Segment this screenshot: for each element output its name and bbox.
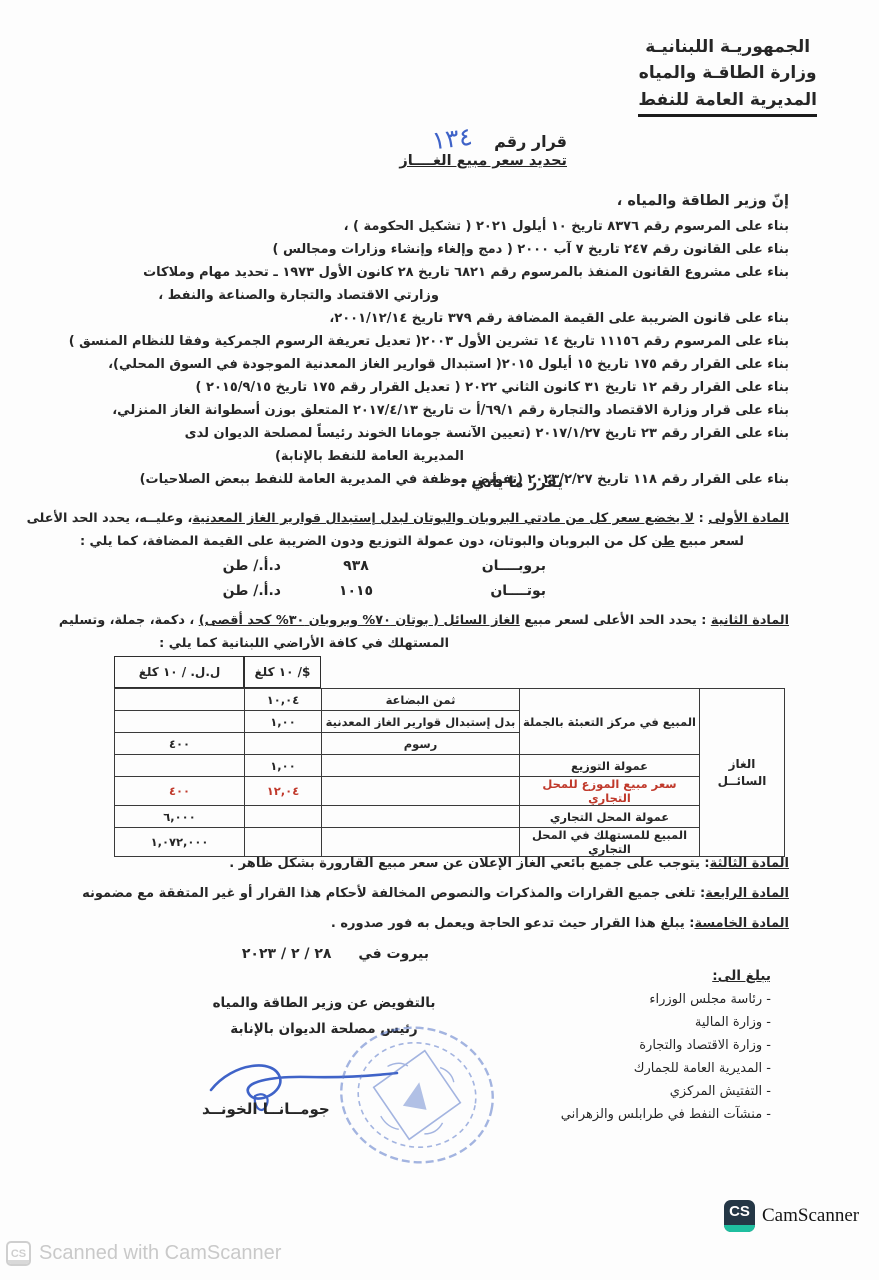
- item-fees: رسوم: [322, 733, 520, 755]
- ministry-name: وزارة الطاقـة والمياه: [638, 60, 817, 86]
- item-empty: [322, 828, 520, 857]
- preamble-line: بناء على القرار رقم ١١٨ تاريخ ٢٠٢٣/٢/٢٧ …: [30, 472, 789, 495]
- lbp-value: ٤٠٠: [115, 733, 245, 755]
- distribution-item: - منشآت النفط في طرابلس والزهراني: [561, 1107, 771, 1130]
- lbp-value: ٦,٠٠٠: [115, 806, 245, 828]
- gas-price-table: ل.ل. / ١٠ كلغ $/ ١٠ كلغ الغاز السائــل ا…: [114, 656, 784, 857]
- usd-value: ١٢,٠٤: [245, 777, 322, 806]
- butane-unit: د.أ./ طن: [191, 583, 281, 608]
- lbp-value: [115, 755, 245, 777]
- handwritten-decree-number: ١٣٤: [431, 122, 475, 156]
- category-distribution-commission: عمولة التوزيع: [520, 755, 700, 777]
- lbp-value: ٤٠٠: [115, 777, 245, 806]
- article-2: المادة الثانية : يحدد الحد الأعلى لسعر م…: [20, 613, 789, 659]
- article-2-p1: : يحدد الحد الأعلى لسعر مبيع: [520, 613, 711, 628]
- usd-value: [245, 806, 322, 828]
- item-cylinder-replacement: بدل إستبدال قوارير الغاز المعدنية: [322, 711, 520, 733]
- article-1: المادة الأولى : لا يخضع سعر كل من مادتي …: [20, 511, 789, 557]
- butane-label: بوتــــان: [431, 583, 546, 608]
- propane-value: ٩٣٨: [281, 558, 431, 583]
- usd-value: ١٠,٠٤: [245, 689, 322, 711]
- article-1-ton: طن: [651, 534, 675, 549]
- preamble: بناء على المرسوم رقم ٨٣٧٦ تاريخ ١٠ أيلول…: [30, 219, 789, 495]
- distribution-item: - وزارة المالية: [561, 1015, 771, 1038]
- article-1-label: المادة الأولى: [708, 511, 789, 526]
- table-row: عمولة المحل التجاري ٦,٠٠٠: [115, 806, 785, 828]
- propane-label: بروبــــان: [431, 558, 546, 583]
- distribution-list: يبلغ الى: - رئاسة مجلس الوزراء - وزارة ا…: [561, 968, 771, 1130]
- scanned-with-footer: CS Scanned with CamScanner: [6, 1241, 281, 1266]
- place-label: بيروت في: [358, 946, 429, 962]
- usd-value: [245, 733, 322, 755]
- preamble-line: بناء على المرسوم رقم ٨٣٧٦ تاريخ ١٠ أيلول…: [30, 219, 789, 242]
- preamble-line: بناء على قرار وزارة الاقتصاد والتجارة رق…: [30, 403, 789, 426]
- category-shop-commission: عمولة المحل التجاري: [520, 806, 700, 828]
- article-2-p2: ، دكمة، جملة، وتسليم: [59, 613, 199, 628]
- article-3: المادة الثالثة: يتوجب على جميع بائعي الغ…: [20, 856, 789, 871]
- usd-value: ١,٠٠: [245, 711, 322, 733]
- preamble-line: بناء على القرار رقم ١٧٥ تاريخ ١٥ أيلول ٢…: [30, 357, 789, 380]
- price-table-header: ل.ل. / ١٠ كلغ $/ ١٠ كلغ: [114, 656, 322, 688]
- article-2-label: المادة الثانية: [711, 613, 789, 628]
- decree-date: ٢٨ / ٢ / ٢٠٢٣: [242, 946, 332, 962]
- preamble-line-continuation: المديرية العامة للنفط بالإنابة): [30, 449, 464, 472]
- preamble-line: بناء على القرار رقم ١٢ تاريخ ٣١ كانون ال…: [30, 380, 789, 403]
- scanned-document-page: الجمهوريـة اللبنانيـة وزارة الطاقـة والم…: [0, 0, 879, 1280]
- footer-icon-strip: [8, 1260, 29, 1264]
- gas-word: الغاز: [729, 757, 756, 771]
- liquid-gas-label-cell: الغاز السائــل: [700, 689, 785, 857]
- table-row: المبيع للمستهلك في المحل التجاري ١,٠٧٢,٠…: [115, 828, 785, 857]
- resolves-line: يقرر ما يأتي :: [460, 473, 563, 491]
- propane-unit: د.أ./ طن: [191, 558, 281, 583]
- camscanner-footer-icon: CS: [6, 1241, 31, 1266]
- article-1-colon: :: [694, 511, 708, 526]
- price-row-propane: بروبــــان ٩٣٨ د.أ./ طن: [191, 558, 546, 583]
- article-1-emphasis: لا يخضع سعر كل من مادتي البروبان والبوتا…: [192, 511, 694, 526]
- article-2-emphasis: الغاز السائل ( بوتان ٧٠% وبروبان ٣٠% كحد…: [199, 613, 520, 628]
- camscanner-initials: CS: [729, 1203, 750, 1220]
- article-4-text: : تلغى جميع القرارات والمذكرات والنصوص ا…: [82, 886, 705, 901]
- distribution-item: - المديرية العامة للجمارك: [561, 1061, 771, 1084]
- article-5-text: : يبلغ هذا القرار حيث تدعو الحاجة ويعمل …: [331, 916, 695, 931]
- column-header-lbp-per-10kg: ل.ل. / ١٠ كلغ: [114, 656, 245, 688]
- decree-number-line: قرار رقم ١٣٤: [432, 124, 567, 153]
- price-list: بروبــــان ٩٣٨ د.أ./ طن بوتــــان ١٠١٥ د…: [191, 558, 789, 608]
- category-wholesale-filling-center: المبيع في مركز التعبئة بالجملة: [520, 689, 700, 755]
- delegation-line-1: بالتفويض عن وزير الطاقة والمياه: [205, 991, 443, 1017]
- lbp-value: [115, 711, 245, 733]
- column-header-usd-per-10kg: $/ ١٠ كلغ: [243, 656, 321, 688]
- preamble-line: بناء على قانون الضريبة على القيمة المضاف…: [30, 311, 789, 334]
- table-row: الغاز السائــل المبيع في مركز التعبئة با…: [115, 689, 785, 711]
- distribution-item: - رئاسة مجلس الوزراء: [561, 992, 771, 1015]
- butane-value: ١٠١٥: [281, 583, 431, 608]
- camscanner-icon: CS: [724, 1200, 755, 1232]
- opening-line: إنّ وزير الطاقة والمياه ،: [617, 193, 789, 209]
- article-1-rest: ، وعليــه، يحدد الحد الأعلى: [27, 511, 193, 526]
- article-3-label: المادة الثالثة: [710, 856, 789, 871]
- place-date-line: بيروت في ٢٨ / ٢ / ٢٠٢٣: [242, 946, 429, 962]
- price-table-body: الغاز السائــل المبيع في مركز التعبئة با…: [114, 688, 785, 857]
- article-5-label: المادة الخامسة: [694, 916, 789, 931]
- distribution-title: يبلغ الى:: [561, 968, 771, 984]
- usd-value: ١,٠٠: [245, 755, 322, 777]
- item-goods-cost: ثمن البضاعة: [322, 689, 520, 711]
- republic-name: الجمهوريـة اللبنانيـة: [638, 34, 817, 60]
- article-1-line2a: لسعر مبيع: [675, 534, 744, 549]
- camscanner-wordmark: CamScanner: [762, 1205, 859, 1227]
- preamble-line: بناء على مشروع القانون المنفذ بالمرسوم ر…: [30, 265, 789, 288]
- scanned-with-text: Scanned with CamScanner: [39, 1242, 281, 1265]
- table-row-distributor-price: سعر مبيع الموزع للمحل التجاري ١٢,٠٤ ٤٠٠: [115, 777, 785, 806]
- preamble-line: بناء على المرسوم رقم ١١١٥٦ تاريخ ١٤ تشري…: [30, 334, 789, 357]
- category-distributor-sale-price: سعر مبيع الموزع للمحل التجاري: [520, 777, 700, 806]
- decree-subject: تحديد سعر مبيع الغــــاز: [399, 153, 567, 169]
- price-row-butane: بوتــــان ١٠١٥ د.أ./ طن: [191, 583, 546, 608]
- lbp-value: ١,٠٧٢,٠٠٠: [115, 828, 245, 857]
- item-empty: [322, 755, 520, 777]
- signer-name: جومــانــا الخونــد: [202, 1100, 330, 1118]
- distribution-item: - التفتيش المركزي: [561, 1084, 771, 1107]
- article-3-text: : يتوجب على جميع بائعي الغاز الإعلان عن …: [229, 856, 709, 871]
- camscanner-watermark: CS CamScanner: [724, 1200, 859, 1232]
- item-empty: [322, 806, 520, 828]
- article-1-line2b: كل من البروبان والبوتان، دون عمولة التوز…: [80, 534, 651, 549]
- liquid-word: السائــل: [718, 774, 767, 788]
- decree-number-label: قرار رقم: [494, 132, 567, 151]
- preamble-line-continuation: وزارتي الاقتصاد والتجارة والصناعة والنفط…: [30, 288, 439, 311]
- camscanner-icon-strip: [724, 1225, 755, 1232]
- category-consumer-price: المبيع للمستهلك في المحل التجاري: [520, 828, 700, 857]
- article-4: المادة الرابعة: تلغى جميع القرارات والمذ…: [20, 886, 789, 901]
- article-4-label: المادة الرابعة: [705, 886, 789, 901]
- preamble-line: بناء على القانون رقم ٢٤٧ تاريخ ٧ آب ٢٠٠٠…: [30, 242, 789, 265]
- directorate-name: المديرية العامة للنفط: [638, 87, 817, 117]
- item-empty: [322, 777, 520, 806]
- distribution-item: - وزارة الاقتصاد والتجارة: [561, 1038, 771, 1061]
- footer-initials: CS: [11, 1248, 26, 1260]
- table-row: عمولة التوزيع ١,٠٠: [115, 755, 785, 777]
- letterhead: الجمهوريـة اللبنانيـة وزارة الطاقـة والم…: [638, 34, 817, 117]
- lbp-value: [115, 689, 245, 711]
- article-5: المادة الخامسة: يبلغ هذا القرار حيث تدعو…: [20, 916, 789, 931]
- official-stamp: [324, 1009, 511, 1181]
- usd-value: [245, 828, 322, 857]
- preamble-line: بناء على القرار رقم ٢٣ تاريخ ٢٠١٧/١/٢٧ (…: [30, 426, 789, 449]
